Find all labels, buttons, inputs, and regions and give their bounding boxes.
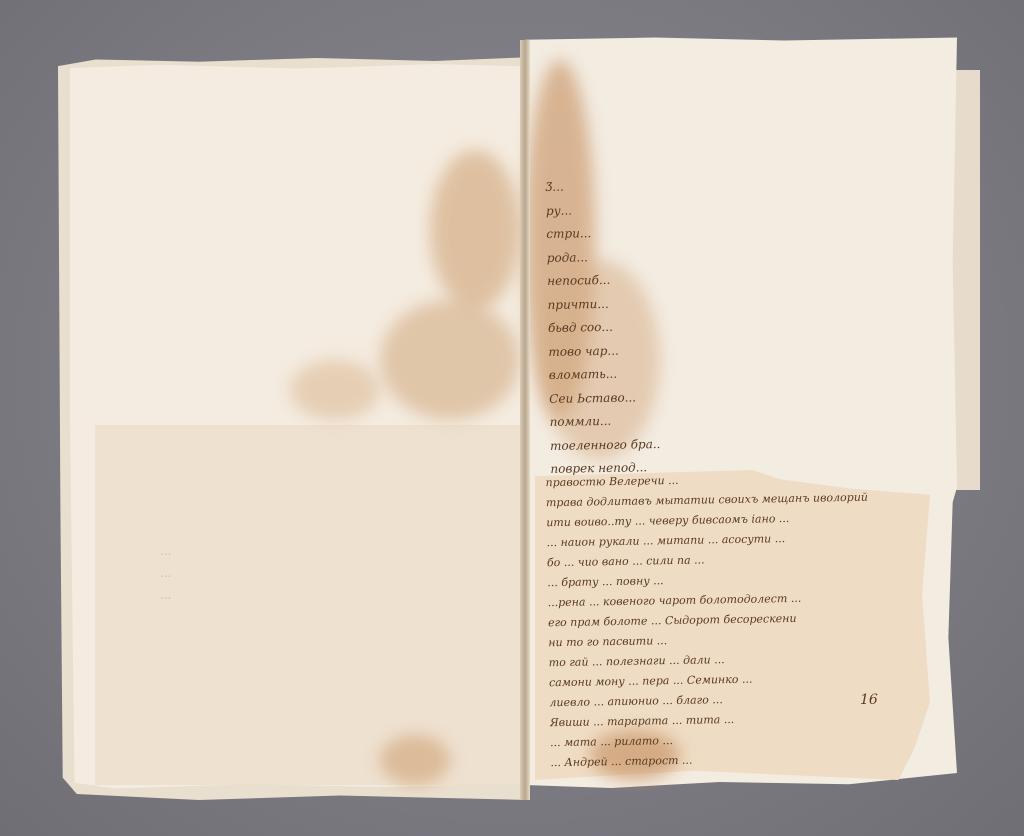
upper-text-column: Ʒ... ру... стри... рода... непосиб... пр… [545,174,660,481]
stain [380,300,520,420]
stain [380,735,450,785]
book-spine [520,40,530,800]
lower-text-block: правостю Велеречи ... трава додлитавъ мы… [545,467,920,773]
bleed-through-text: ... ... ... [160,540,171,606]
folio-number: 16 [860,692,878,708]
stain [430,150,520,310]
stain [290,360,380,420]
